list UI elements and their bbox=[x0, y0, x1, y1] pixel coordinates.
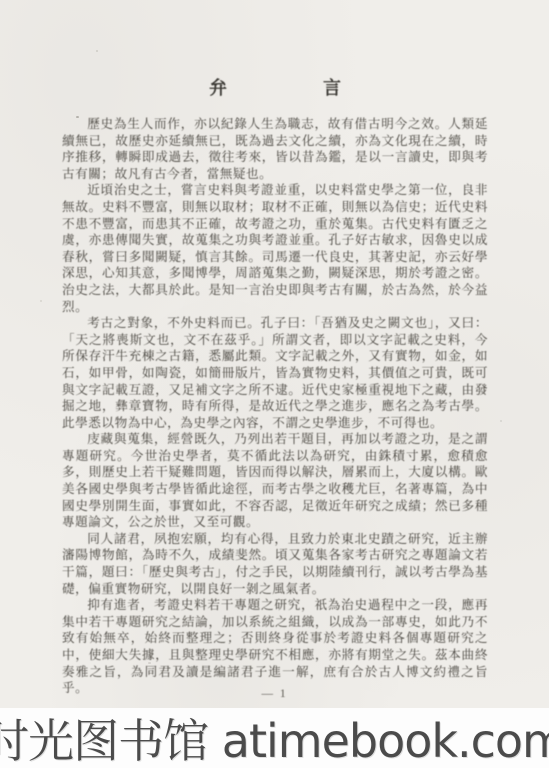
scan-speck bbox=[500, 420, 502, 422]
title-char-left: 弁 bbox=[209, 74, 227, 100]
paragraph-2: 近頃治史之士，嘗言史料與考證並重，以史料當史學之第一位，良非無故。史料不豐富，則… bbox=[62, 182, 488, 315]
paragraph-5: 同人諸君，夙抱宏願，均有心得，且致力於東北史蹟之研究，近主辦瀋陽博物館，為時不久… bbox=[62, 531, 488, 597]
text-block: 弁 言 歷史為生人而作，亦以紀錄人生為職志，故有借古明今之效。人類延續無已，故歷… bbox=[62, 74, 488, 749]
scan-speck bbox=[40, 300, 42, 302]
preface-body: 歷史為生人而作，亦以紀錄人生為職志，故有借古明今之效。人類延續無已，故歷史亦延續… bbox=[62, 116, 488, 697]
title-char-right: 言 bbox=[323, 74, 341, 100]
preface-title: 弁 言 bbox=[62, 74, 488, 100]
paragraph-6: 抑有進者，考證史料若干專題之研究，祇為治史過程中之一段，應再集中若干專題研究之結… bbox=[62, 597, 488, 697]
paragraph-1: 歷史為生人而作，亦以紀錄人生為職志，故有借古明今之效。人類延續無已，故歷史亦延續… bbox=[62, 116, 488, 182]
paragraph-3: 考古之對象，不外史料而已。孔子曰：「吾猶及史之闕文也」，又曰：「天之將喪斯文也，… bbox=[62, 315, 488, 431]
scan-speck bbox=[96, 50, 98, 52]
page-number: — 1 bbox=[0, 688, 549, 700]
watermark-bar: 时光图书馆 atimebook.com bbox=[0, 708, 549, 768]
watermark-text: 时光图书馆 atimebook.com bbox=[0, 708, 549, 768]
scanned-book-page: 弁 言 歷史為生人而作，亦以紀錄人生為職志，故有借古明今之效。人類延續無已，故歷… bbox=[0, 0, 549, 768]
paragraph-4: 庋藏與蒐集，經營既久，乃列出若干題目，再加以考證之功，是之謂專題研究。今世治史學… bbox=[62, 431, 488, 531]
